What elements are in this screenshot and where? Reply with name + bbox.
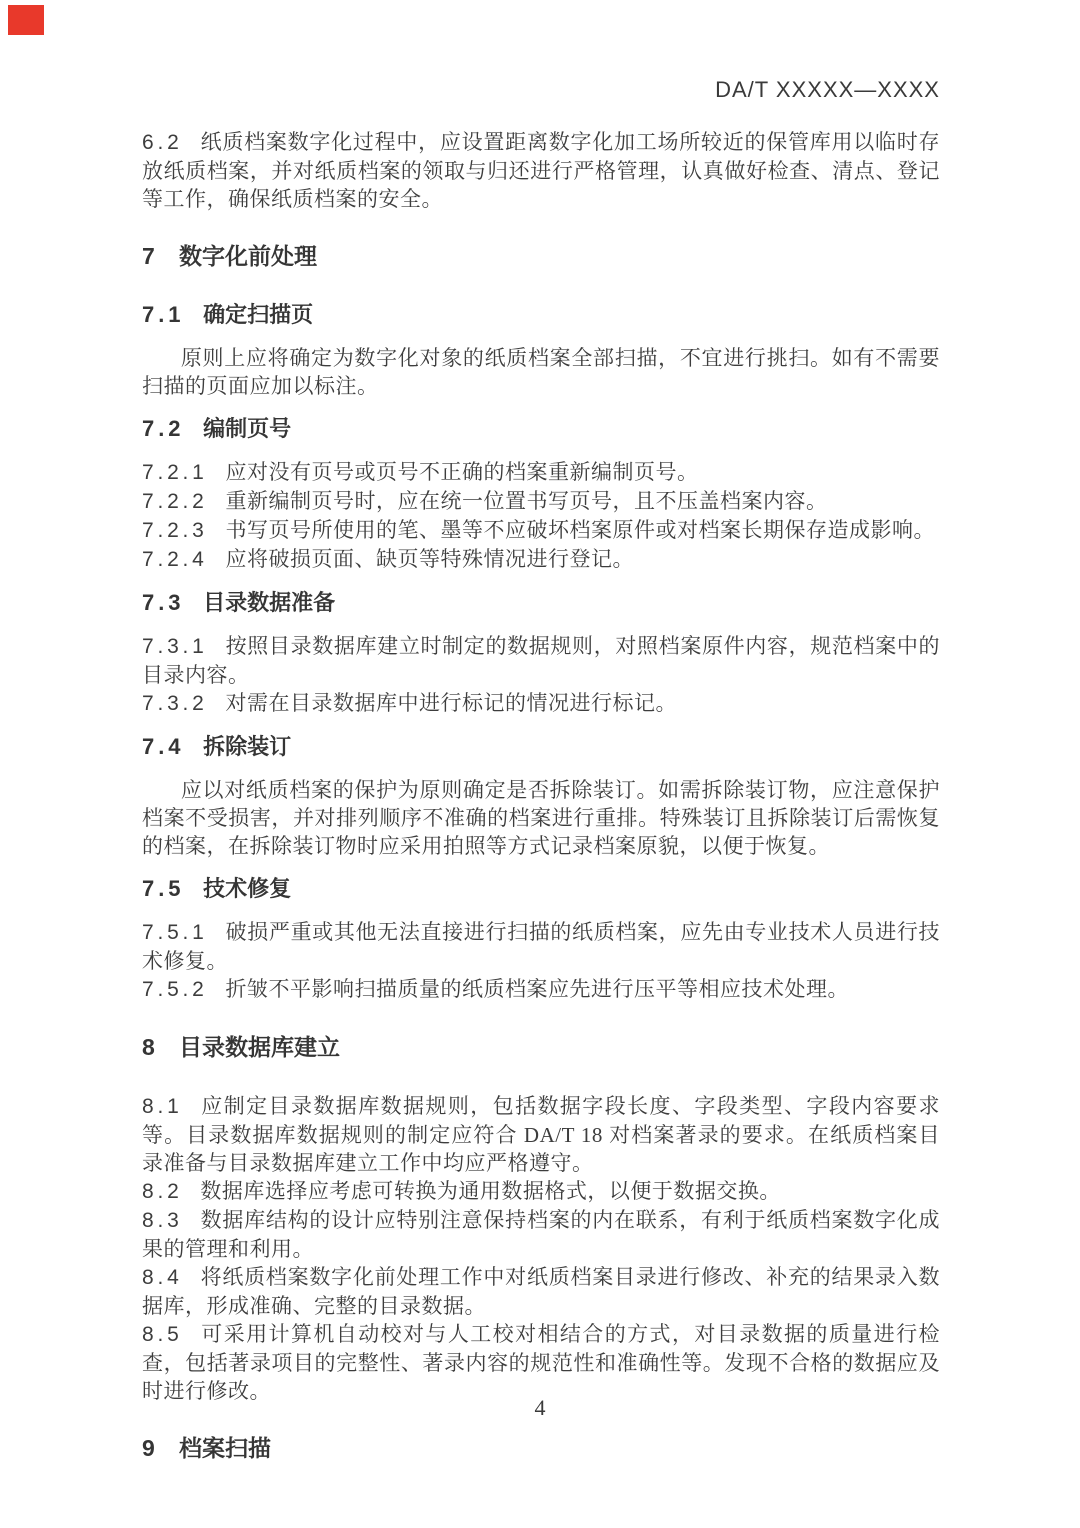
heading-title: 目录数据准备 — [203, 590, 335, 615]
clause-number: 8.1 — [142, 1095, 183, 1118]
heading-7: 7数字化前处理 — [142, 241, 940, 271]
document-page: DA/T XXXXX—XXXX 6.2纸质档案数字化过程中，应设置距离数字化加工… — [0, 0, 1080, 1463]
para-7-4: 应以对纸质档案的保护为原则确定是否拆除装订。如需拆除装订物，应注意保护档案不受损… — [142, 776, 940, 860]
clause-8-2: 8.2数据库选择应考虑可转换为通用数据格式，以便于数据交换。 — [142, 1177, 940, 1206]
page-number: 4 — [0, 1394, 1080, 1422]
clause-7-2-1: 7.2.1应对没有页号或页号不正确的档案重新编制页号。 — [142, 458, 940, 487]
clause-text: 数据库选择应考虑可转换为通用数据格式，以便于数据交换。 — [200, 1179, 781, 1203]
heading-number: 7.5 — [142, 876, 184, 901]
clause-number: 7.2.3 — [142, 519, 208, 542]
clause-text: 可采用计算机自动校对与人工校对相结合的方式，对目录数据的质量进行检查，包括著录项… — [142, 1322, 940, 1403]
heading-7-1: 7.1确定扫描页 — [142, 301, 940, 329]
heading-title: 编制页号 — [203, 416, 291, 441]
clause-text: 对需在目录数据库中进行标记的情况进行标记。 — [225, 691, 677, 715]
clause-7-5-2: 7.5.2折皱不平影响扫描质量的纸质档案应先进行压平等相应技术处理。 — [142, 975, 940, 1004]
clause-6-2: 6.2纸质档案数字化过程中，应设置距离数字化加工场所较近的保管库用以临时存放纸质… — [142, 128, 940, 213]
clause-text: 应制定目录数据库数据规则，包括数据字段长度、字段类型、字段内容要求等。目录数据库… — [142, 1094, 940, 1175]
clause-text: 纸质档案数字化过程中，应设置距离数字化加工场所较近的保管库用以临时存放纸质档案，… — [142, 130, 940, 211]
clause-text: 应将破损页面、缺页等特殊情况进行登记。 — [225, 547, 634, 571]
clause-7-5-1: 7.5.1破损严重或其他无法直接进行扫描的纸质档案，应先由专业技术人员进行技术修… — [142, 918, 940, 975]
clause-number: 7.3.1 — [142, 635, 208, 658]
clause-7-2-2: 7.2.2重新编制页号时，应在统一位置书写页号，且不压盖档案内容。 — [142, 487, 940, 516]
clause-8-5: 8.5可采用计算机自动校对与人工校对相结合的方式，对目录数据的质量进行检查，包括… — [142, 1320, 940, 1405]
standard-reference-header: DA/T XXXXX—XXXX — [142, 78, 940, 102]
corner-red-mark — [8, 5, 44, 35]
clause-text: 破损严重或其他无法直接进行扫描的纸质档案，应先由专业技术人员进行技术修复。 — [142, 920, 940, 973]
heading-title: 确定扫描页 — [203, 302, 313, 327]
heading-number: 7.1 — [142, 302, 184, 327]
clause-number: 7.2.2 — [142, 490, 208, 513]
heading-title: 数字化前处理 — [179, 243, 317, 269]
clause-7-3-2: 7.3.2对需在目录数据库中进行标记的情况进行标记。 — [142, 689, 940, 718]
clause-number: 7.5.2 — [142, 978, 208, 1001]
clause-number: 7.3.2 — [142, 692, 208, 715]
heading-number: 7 — [142, 243, 157, 269]
clause-number: 8.4 — [142, 1266, 183, 1289]
clause-text: 应对没有页号或页号不正确的档案重新编制页号。 — [225, 460, 698, 484]
clause-number: 6.2 — [142, 131, 183, 154]
clause-8-3: 8.3数据库结构的设计应特别注意保持档案的内在联系，有利于纸质档案数字化成果的管… — [142, 1206, 940, 1263]
clause-number: 7.2.1 — [142, 461, 208, 484]
clause-text: 书写页号所使用的笔、墨等不应破坏档案原件或对档案长期保存造成影响。 — [225, 518, 935, 542]
clause-7-2-4: 7.2.4应将破损页面、缺页等特殊情况进行登记。 — [142, 545, 940, 574]
heading-7-4: 7.4拆除装订 — [142, 733, 940, 761]
clause-text: 数据库结构的设计应特别注意保持档案的内在联系，有利于纸质档案数字化成果的管理和利… — [142, 1208, 940, 1261]
clause-8-4: 8.4将纸质档案数字化前处理工作中对纸质档案目录进行修改、补充的结果录入数据库，… — [142, 1263, 940, 1320]
heading-title: 技术修复 — [203, 876, 291, 901]
heading-number: 7.4 — [142, 734, 184, 759]
clause-7-3-1: 7.3.1按照目录数据库建立时制定的数据规则，对照档案原件内容，规范档案中的目录… — [142, 632, 940, 689]
heading-9: 9档案扫描 — [142, 1433, 940, 1463]
clause-text: 重新编制页号时，应在统一位置书写页号，且不压盖档案内容。 — [225, 489, 827, 513]
heading-number: 9 — [142, 1435, 157, 1461]
clause-text: 折皱不平影响扫描质量的纸质档案应先进行压平等相应技术处理。 — [225, 977, 849, 1001]
heading-number: 8 — [142, 1034, 157, 1060]
clause-number: 8.5 — [142, 1323, 183, 1346]
heading-title: 档案扫描 — [179, 1435, 271, 1461]
clause-number: 8.3 — [142, 1209, 183, 1232]
clause-text: 将纸质档案数字化前处理工作中对纸质档案目录进行修改、补充的结果录入数据库，形成准… — [142, 1265, 940, 1318]
heading-7-2: 7.2编制页号 — [142, 415, 940, 443]
heading-title: 目录数据库建立 — [179, 1034, 340, 1060]
clause-text: 按照目录数据库建立时制定的数据规则，对照档案原件内容，规范档案中的目录内容。 — [142, 634, 940, 687]
clause-number: 8.2 — [142, 1180, 183, 1203]
heading-number: 7.3 — [142, 590, 184, 615]
heading-number: 7.2 — [142, 416, 184, 441]
heading-7-5: 7.5技术修复 — [142, 875, 940, 903]
heading-7-3: 7.3目录数据准备 — [142, 589, 940, 617]
heading-8: 8目录数据库建立 — [142, 1032, 940, 1062]
heading-title: 拆除装订 — [203, 734, 291, 759]
clause-number: 7.2.4 — [142, 548, 208, 571]
clause-8-1: 8.1应制定目录数据库数据规则，包括数据字段长度、字段类型、字段内容要求等。目录… — [142, 1092, 940, 1177]
clause-number: 7.5.1 — [142, 921, 208, 944]
clause-7-2-3: 7.2.3书写页号所使用的笔、墨等不应破坏档案原件或对档案长期保存造成影响。 — [142, 516, 940, 545]
para-7-1: 原则上应将确定为数字化对象的纸质档案全部扫描，不宜进行挑扫。如有不需要扫描的页面… — [142, 344, 940, 400]
